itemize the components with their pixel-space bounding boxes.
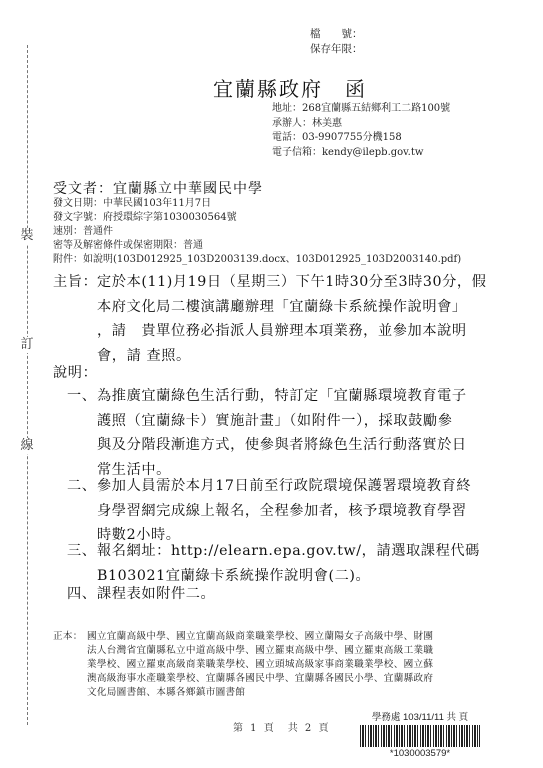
contact-handler: 承辦人：林美惠 (272, 117, 450, 132)
subject-line: ，請 貴單位務必指派人員辦理本項業務，並參加本說明 (97, 319, 487, 344)
copies-line: 澳高級海事水產職業學校、宜蘭縣各國民中學、宜蘭縣各國民小學、宜蘭縣政府 (87, 672, 433, 686)
classification-level: 密等及解密條件或保密期限：普通 (53, 239, 461, 253)
explanation-line-url: 報名網址：http://elearn.epa.gov.tw/，請選取課程代碼 (97, 539, 480, 564)
barcode-header: 學務處 103/11/11 共 頁 (360, 712, 480, 724)
page-indicator: 第 1 頁 共 2 頁 (233, 719, 330, 734)
attachments: 附件：如說明(103D012925_103D2003139.docx、103D0… (53, 253, 461, 267)
binding-margin-line (27, 45, 28, 725)
file-number-label: 檔 號： (310, 27, 363, 41)
subject-line: 會，請 查照。 (97, 344, 487, 369)
contact-address: 地址：268宜蘭縣五結鄉利工二路100號 (272, 102, 450, 117)
binding-char-xian: 線 (19, 438, 35, 454)
explanation-item-1: 為推廣宜蘭綠色生活行動，特訂定「宜蘭縣環境教育電子 護照（宜蘭綠卡）實施計畫」（… (97, 384, 467, 482)
explanation-line: 身學習網完成線上報名，全程參加者，核予環境教育學習 (97, 499, 471, 524)
explanation-item-4: 課程表如附件二。 (97, 582, 215, 607)
copies-line: 國立宜蘭高級中學、國立宜蘭高級商業職業學校、國立蘭陽女子高級中學、財團 (87, 630, 433, 644)
copies-line: 文化局圖書館、本縣各鄉鎮市圖書館 (87, 686, 433, 700)
explanation-line: 為推廣宜蘭綠色生活行動，特訂定「宜蘭縣環境教育電子 (97, 384, 467, 409)
delivery-speed: 速別：普通件 (53, 225, 461, 239)
barcode-icon (360, 725, 480, 747)
contact-phone: 電話：03-9907755分機158 (272, 131, 450, 146)
explanation-item-3: 報名網址：http://elearn.epa.gov.tw/，請選取課程代碼 B… (97, 539, 480, 588)
document-number: 發文字號：府授環綜字第1030030564號 (53, 211, 461, 225)
explanation-line: 與及分階段漸進方式，使參與者將綠色生活行動落實於日 (97, 433, 467, 458)
subject-line: 定於本(11)月19日（星期三）下午1時30分至3時30分，假 (97, 270, 487, 295)
explanation-item-2-number: 二、 (67, 474, 97, 499)
copies-list: 國立宜蘭高級中學、國立宜蘭高級商業職業學校、國立蘭陽女子高級中學、財團 法人台灣… (87, 630, 433, 700)
copies-line: 業學校、國立羅東高級商業職業學校、國立頭城高級家事商業職業學校、國立蘇 (87, 658, 433, 672)
barcode-number: *1030003579* (360, 748, 480, 760)
contact-email: 電子信箱：kendy@ilepb.gov.tw (272, 146, 450, 161)
explanation-item-4-number: 四、 (67, 582, 97, 607)
copies-line: 法人台灣省宜蘭縣私立中道高級中學、國立羅東高級中學、國立羅東高級工業職 (87, 644, 433, 658)
explanation-line: 參加人員需於本月17日前至行政院環境保護署環境教育終 (97, 474, 471, 499)
retention-period-label: 保存年限： (310, 42, 363, 56)
binding-char-ding: 訂 (19, 337, 35, 353)
explanation-item-3-number: 三、 (67, 539, 97, 564)
subject-line: 本府文化局二樓演講廳辦理「宜蘭綠卡系統操作說明會」 (97, 295, 487, 320)
explanation-item-2: 參加人員需於本月17日前至行政院環境保護署環境教育終 身學習網完成線上報名，全程… (97, 474, 471, 548)
meta-block: 發文日期：中華民國103年11月7日 發文字號：府授環綜字第1030030564… (53, 197, 461, 267)
explanation-line: 護照（宜蘭綠卡）實施計畫」（如附件一），採取鼓勵參 (97, 409, 467, 434)
subject-label: 主旨： (53, 270, 97, 295)
document-title: 宜蘭縣政府 函 (213, 73, 367, 102)
subject-body: 定於本(11)月19日（星期三）下午1時30分至3時30分，假 本府文化局二樓演… (97, 270, 487, 368)
barcode-stamp: 學務處 103/11/11 共 頁 *1030003579* (360, 712, 480, 760)
binding-char-zhuang: 裝 (19, 228, 35, 244)
explanation-line: 課程表如附件二。 (97, 582, 215, 607)
copies-label: 正本： (53, 630, 83, 644)
explanation-item-1-number: 一、 (67, 384, 97, 409)
explanation-label: 說明： (53, 361, 97, 386)
issue-date: 發文日期：中華民國103年11月7日 (53, 197, 461, 211)
recipient: 受文者：宜蘭縣立中華國民中學 (53, 178, 263, 198)
contact-block: 地址：268宜蘭縣五結鄉利工二路100號 承辦人：林美惠 電話：03-99077… (272, 102, 450, 160)
